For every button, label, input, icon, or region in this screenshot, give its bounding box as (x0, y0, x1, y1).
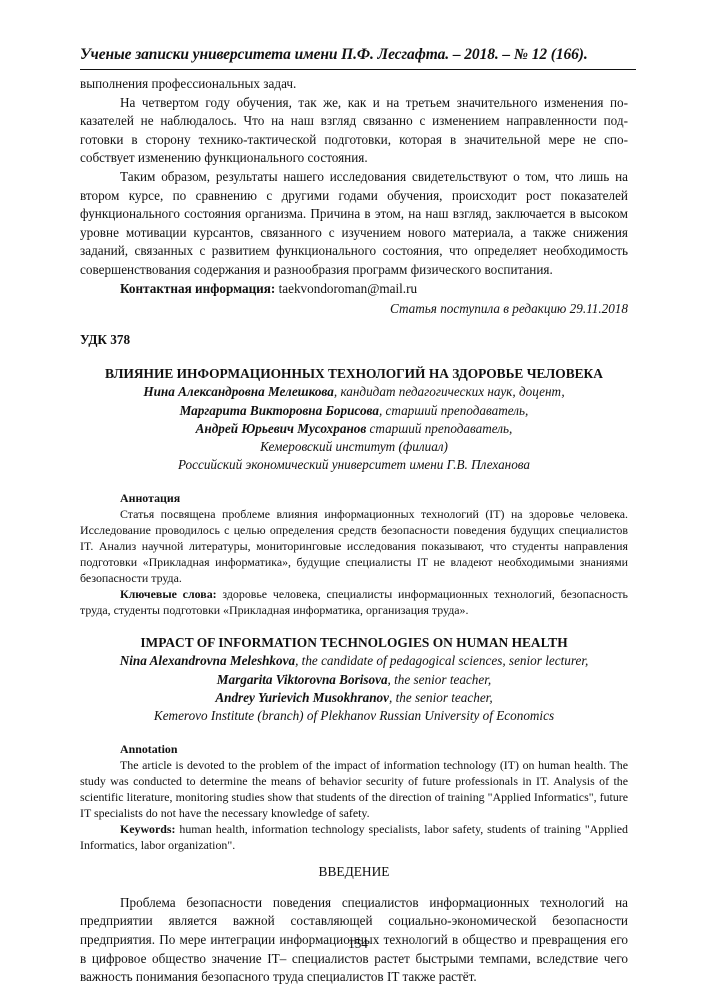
previous-article-ending: выполнения профессиональных задач. На че… (80, 75, 628, 319)
paragraph: выполнения профессиональных задач. (80, 75, 628, 94)
paragraph: Таким образом, результаты нашего исследо… (80, 168, 628, 280)
page-number: 154 (80, 936, 636, 952)
keywords-ru-label: Ключевые слова: (120, 587, 217, 601)
author-name: Andrey Yurievich Musokhranov (215, 690, 389, 705)
author-name: Андрей Юрьевич Мусохранов (196, 421, 367, 436)
author-role: , the senior teacher, (388, 672, 492, 687)
author-line: Andrey Yurievich Musokhranov, the senior… (80, 689, 628, 707)
udk-code: УДК 378 (80, 331, 628, 350)
contact-label: Контактная информация: (120, 281, 275, 296)
contact-info: Контактная информация: taekvondoroman@ma… (80, 280, 628, 299)
annotation-en-text: The article is devoted to the problem of… (80, 757, 628, 821)
author-name: Margarita Viktorovna Borisova (217, 672, 388, 687)
paragraph: На четвертом году обучения, так же, как … (80, 94, 628, 168)
affiliation-line: Кемеровский институт (филиал) (80, 438, 628, 456)
header-rule (80, 69, 636, 70)
page-body: выполнения профессиональных задач. На че… (80, 75, 628, 987)
keywords-en: Keywords: human health, information tech… (80, 821, 628, 853)
author-role: , кандидат педагогических наук, доцент, (334, 384, 565, 399)
running-head: Ученые записки университета имени П.Ф. Л… (80, 46, 636, 64)
intro-heading: ВВЕДЕНИЕ (80, 863, 628, 882)
annotation-ru-label: Аннотация (80, 490, 628, 506)
author-name: Nina Alexandrovna Meleshkova (120, 653, 295, 668)
affiliation-line: Российский экономический университет име… (80, 456, 628, 474)
introduction: ВВЕДЕНИЕ Проблема безопасности поведения… (80, 863, 628, 987)
author-line: Nina Alexandrovna Meleshkova, the candid… (80, 652, 628, 670)
author-line: Маргарита Викторовна Борисова, старший п… (80, 402, 628, 420)
affiliation-line: Kemerovo Institute (branch) of Plekhanov… (80, 707, 628, 725)
author-name: Маргарита Викторовна Борисова (180, 403, 379, 418)
received-date: Статья поступила в редакцию 29.11.2018 (80, 300, 628, 319)
article-title-ru: ВЛИЯНИЕ ИНФОРМАЦИОННЫХ ТЕХНОЛОГИЙ НА ЗДО… (80, 365, 628, 383)
annotation-ru-text: Статья посвящена проблеме влияния информ… (80, 506, 628, 586)
annotation-en-label: Annotation (80, 741, 628, 757)
keywords-en-label: Keywords: (120, 822, 175, 836)
keywords-ru: Ключевые слова: здоровье человека, специ… (80, 586, 628, 618)
author-line: Нина Александровна Мелешкова, кандидат п… (80, 383, 628, 401)
author-role: , the senior teacher, (389, 690, 493, 705)
author-name: Нина Александровна Мелешкова (143, 384, 334, 399)
annotation-ru: Аннотация Статья посвящена проблеме влия… (80, 490, 628, 618)
contact-email[interactable]: taekvondoroman@mail.ru (279, 281, 418, 296)
author-role: , the candidate of pedagogical sciences,… (295, 653, 588, 668)
author-line: Margarita Viktorovna Borisova, the senio… (80, 671, 628, 689)
article-header-ru: УДК 378 ВЛИЯНИЕ ИНФОРМАЦИОННЫХ ТЕХНОЛОГИ… (80, 331, 628, 475)
annotation-en: Annotation The article is devoted to the… (80, 741, 628, 853)
author-role: , старший преподаватель, (379, 403, 528, 418)
author-role: старший преподаватель, (366, 421, 512, 436)
article-header-en: IMPACT OF INFORMATION TECHNOLOGIES ON HU… (80, 634, 628, 725)
article-title-en: IMPACT OF INFORMATION TECHNOLOGIES ON HU… (80, 634, 628, 652)
author-line: Андрей Юрьевич Мусохранов старший препод… (80, 420, 628, 438)
